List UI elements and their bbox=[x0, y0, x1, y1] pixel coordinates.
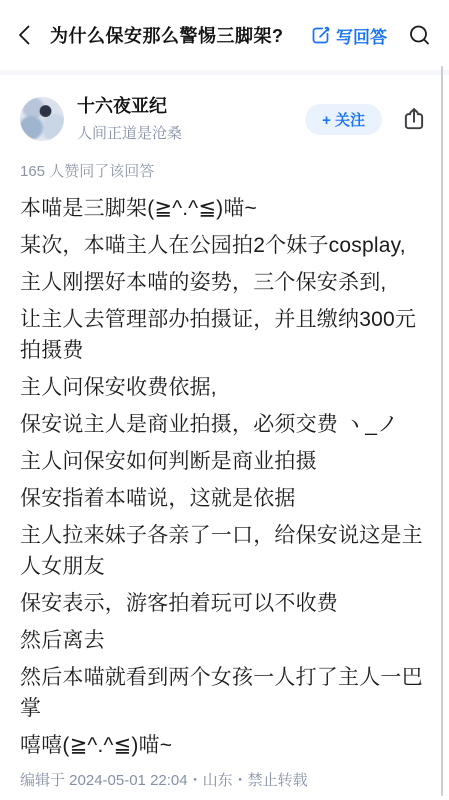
answer-paragraph: 主人刚摆好本喵的姿势，三个保安杀到, bbox=[20, 267, 429, 298]
scrollbar[interactable] bbox=[441, 66, 443, 796]
upvote-count: 165 人赞同了该回答 bbox=[20, 160, 429, 181]
author-bio: 人间正道是沧桑 bbox=[77, 122, 182, 143]
follow-button[interactable]: + 关注 bbox=[305, 104, 382, 135]
answer-page-content: 十六夜亚纪 人间正道是沧桑 + 关注 165 人赞同了该回答 本喵是三脚架(≧^… bbox=[0, 75, 449, 790]
answer-paragraph: 本喵是三脚架(≧^.^≦)喵~ bbox=[20, 193, 429, 224]
avatar[interactable] bbox=[20, 97, 64, 141]
answer-paragraph: 然后离去 bbox=[20, 625, 429, 656]
answer-paragraph: 然后本喵就看到两个女孩一人打了主人一巴掌 bbox=[20, 662, 429, 724]
author-name[interactable]: 十六夜亚纪 bbox=[77, 96, 182, 118]
pencil-square-icon bbox=[310, 25, 331, 46]
chevron-left-icon bbox=[14, 24, 36, 46]
search-icon bbox=[407, 23, 432, 48]
author-row: 十六夜亚纪 人间正道是沧桑 + 关注 bbox=[20, 75, 429, 143]
answer-paragraph: 保安表示，游客拍着玩可以不收费 bbox=[20, 588, 429, 619]
answer-paragraph: 某次，本喵主人在公园拍2个妹子cosplay, bbox=[20, 230, 429, 261]
search-button[interactable] bbox=[405, 21, 433, 49]
write-answer-button[interactable]: 写回答 bbox=[310, 23, 387, 48]
answer-paragraph: 主人拉来妹子各亲了一口，给保安说这是主人女朋友 bbox=[20, 520, 429, 582]
answer-paragraph: 主人问保安收费依据, bbox=[20, 372, 429, 403]
answer-paragraph: 让主人去管理部办拍摄证，并且缴纳300元拍摄费 bbox=[20, 304, 429, 366]
share-icon bbox=[401, 106, 427, 132]
page-title: 为什么保安那么警惕三脚架? bbox=[50, 22, 284, 48]
answer-paragraph: 嘻嘻(≧^.^≦)喵~ bbox=[20, 730, 429, 761]
answer-paragraph: 保安说主人是商业拍摄，必须交费 ヽ_ノ bbox=[20, 409, 429, 440]
share-button[interactable] bbox=[399, 104, 429, 134]
answer-paragraph: 主人问保安如何判断是商业拍摄 bbox=[20, 446, 429, 477]
write-answer-label: 写回答 bbox=[336, 23, 387, 48]
answer-paragraph: 保安指着本喵说，这就是依据 bbox=[20, 483, 429, 514]
back-button[interactable] bbox=[14, 20, 44, 50]
answer-meta-footer: 编辑于 2024-05-01 22:04・山东・禁止转载 bbox=[20, 769, 429, 790]
top-nav-bar: 为什么保安那么警惕三脚架? 写回答 bbox=[0, 0, 449, 70]
answer-body: 本喵是三脚架(≧^.^≦)喵~某次，本喵主人在公园拍2个妹子cosplay,主人… bbox=[20, 193, 429, 761]
